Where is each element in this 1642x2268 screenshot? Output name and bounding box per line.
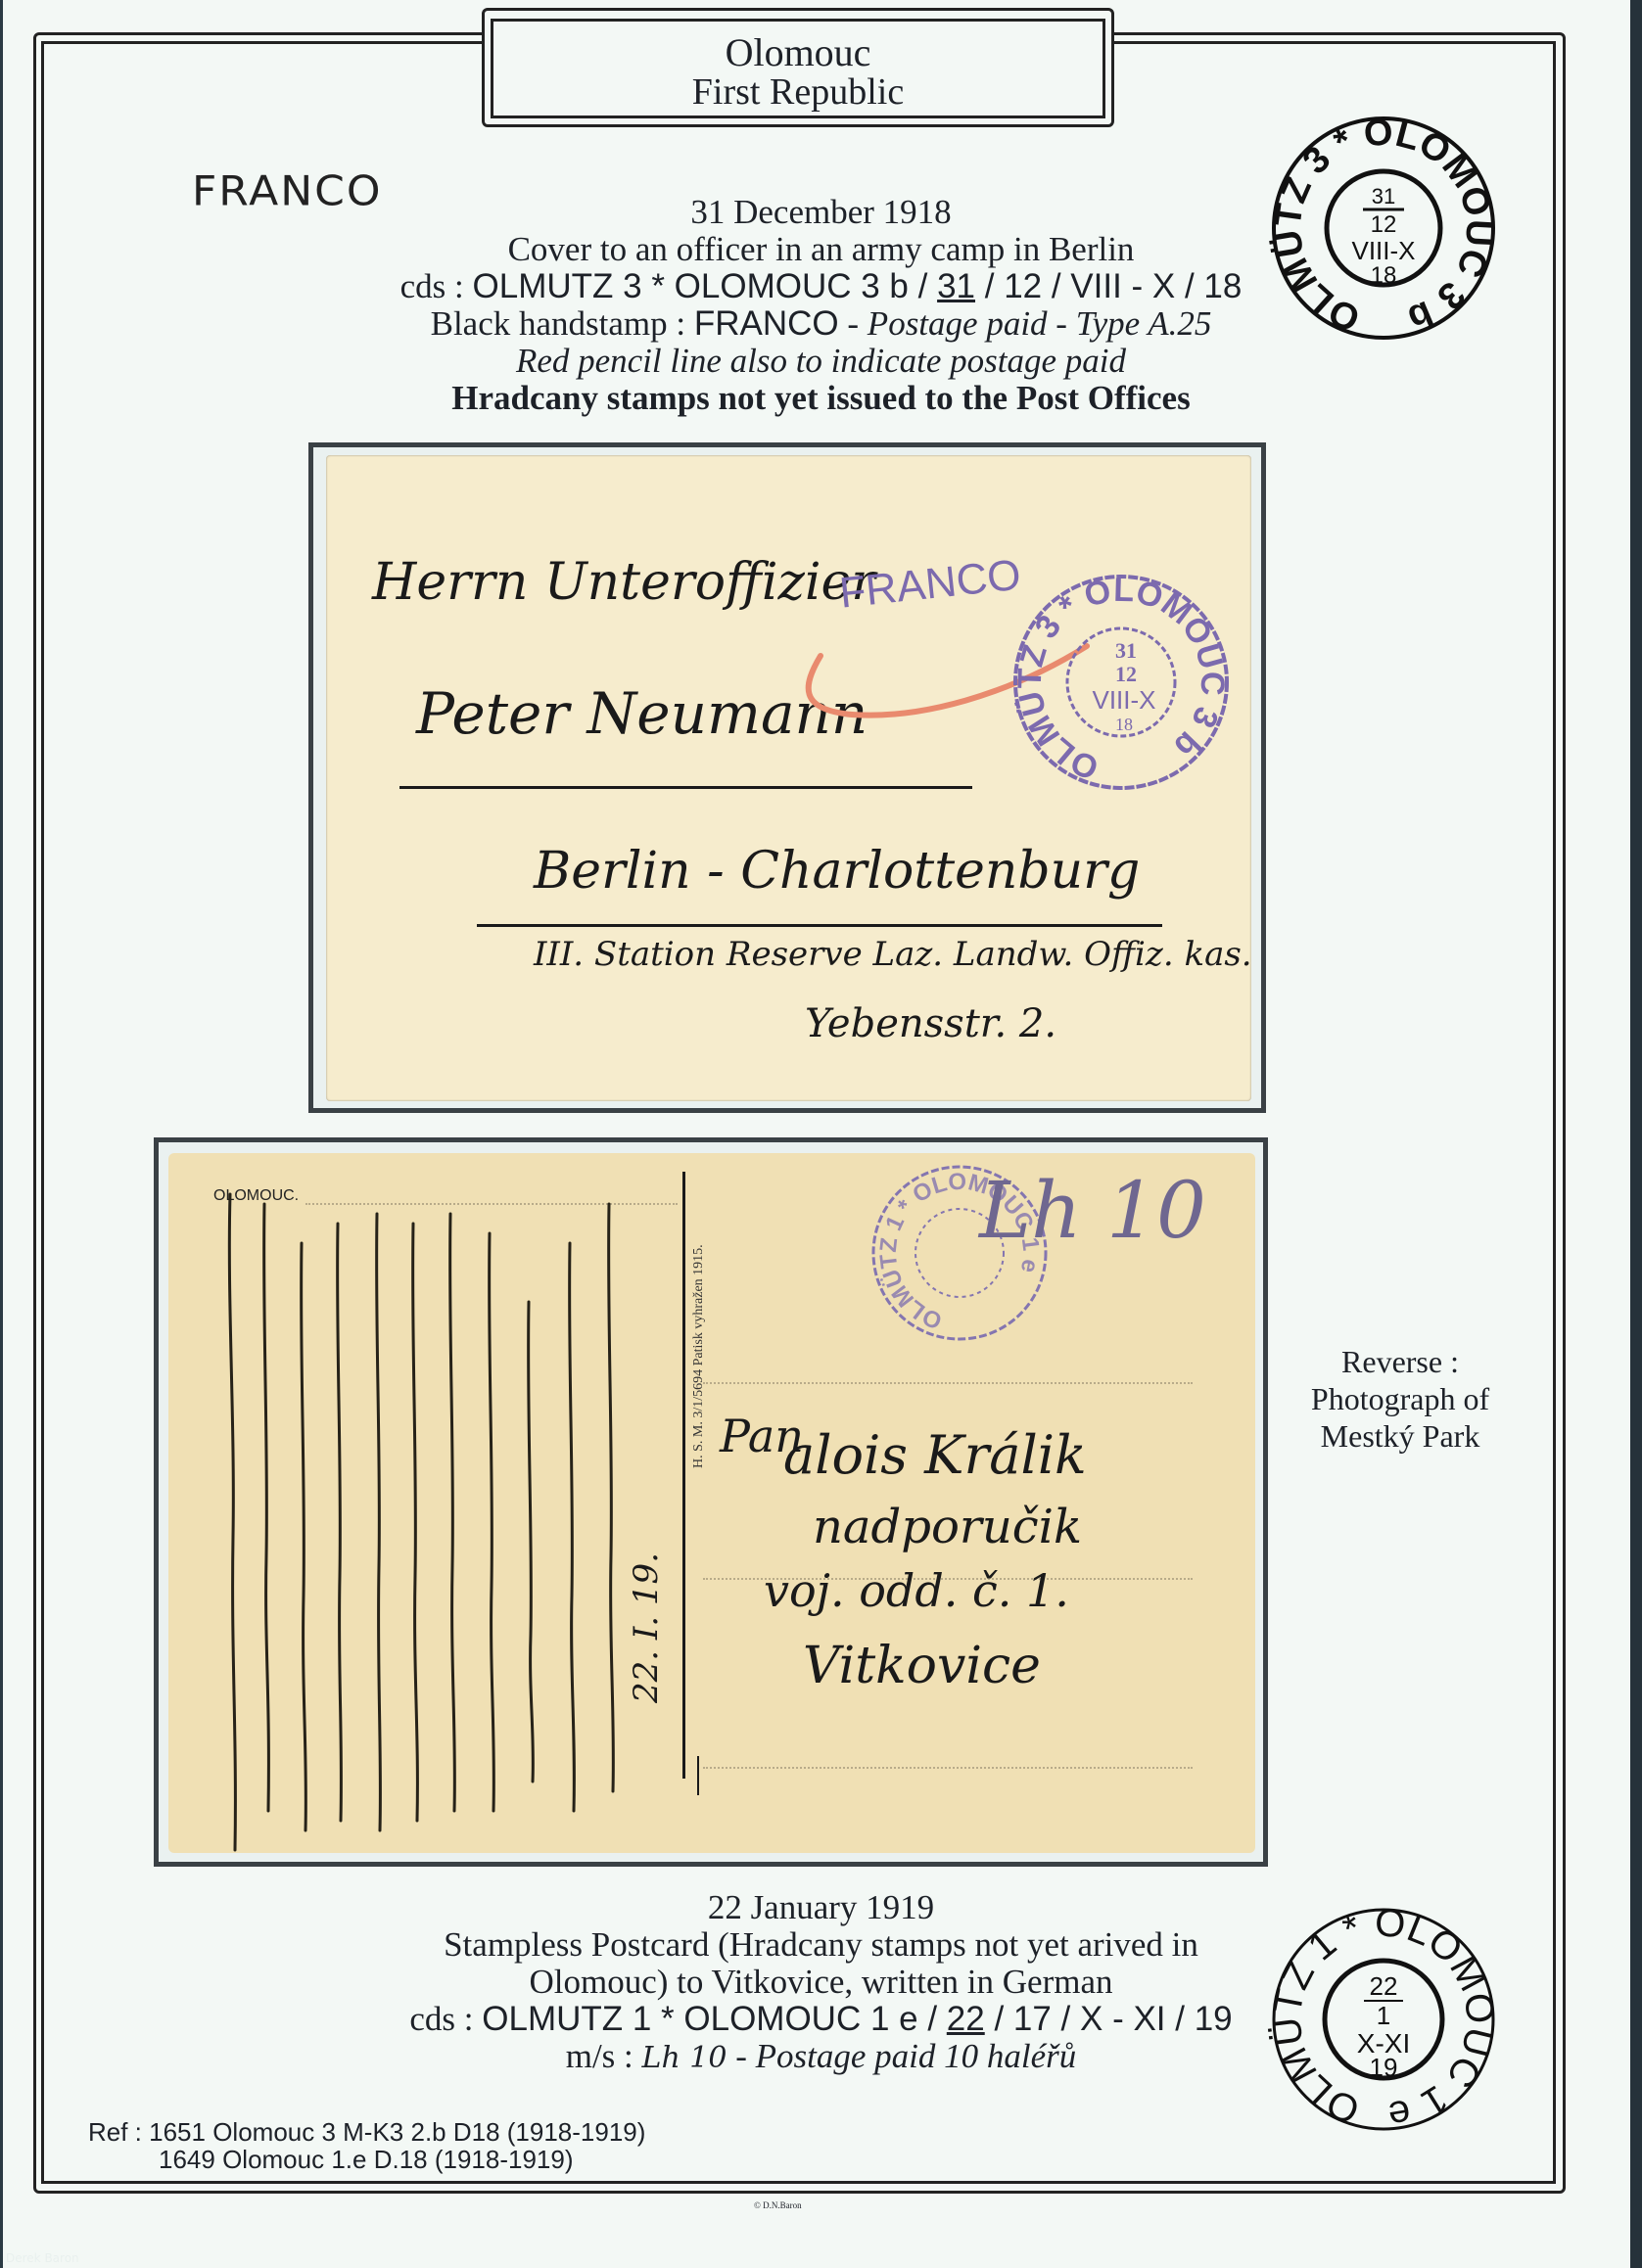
svg-text:22: 22: [1370, 1971, 1398, 2001]
postcard-address-rank: nadporučik: [813, 1500, 1082, 1554]
cover-city: Berlin - Charlottenburg: [534, 842, 1140, 901]
svg-text:18: 18: [1371, 262, 1397, 289]
postcard-dotline-3: [703, 1767, 1193, 1769]
cover-station: III. Station Reserve Laz. Landw. Offiz. …: [534, 935, 1252, 974]
page-title: Olomouc: [493, 33, 1102, 72]
item1-emphasis: Hradcany stamps not yet issued to the Po…: [0, 380, 1642, 417]
watermark: Derek Baron: [6, 2251, 79, 2265]
postcard-manuscript-rate: Lh 10: [979, 1165, 1206, 1256]
cancel-illustration-olmutz3: OLMÜTZ 3 * OLOMOUC 3 b 31 12 VIII-X 18: [1261, 111, 1506, 346]
postcard-address-city: Vitkovice: [803, 1637, 1041, 1695]
svg-text:31: 31: [1372, 184, 1395, 208]
svg-text:VIII-X: VIII-X: [1351, 236, 1415, 265]
svg-text:18: 18: [1115, 715, 1133, 734]
copyright: © D.N.Baron: [754, 2200, 802, 2210]
cover-underline-1: [399, 786, 972, 789]
cancel-illustration-olmutz1: OLMÜTZ 1 * OLOMOUC 1 e 22 1 X-XI 19: [1261, 1902, 1506, 2137]
reference-1: Ref : 1651 Olomouc 3 M-K3 2.b D18 (1918-…: [88, 2118, 645, 2146]
title-box: Olomouc First Republic: [482, 8, 1114, 127]
item1-pencil-note: Red pencil line also to indicate postage…: [0, 343, 1642, 380]
svg-text:12: 12: [1371, 211, 1397, 238]
page-subtitle: First Republic: [493, 72, 1102, 112]
postcard-handwritten-message: [186, 1184, 685, 1860]
cover-street: Yebensstr. 2.: [805, 1001, 1056, 1046]
postcard-date-written: 22. I. 19.: [627, 1552, 666, 1703]
references: Ref : 1651 Olomouc 3 M-K3 2.b D18 (1918-…: [88, 2118, 645, 2173]
svg-text:1: 1: [1377, 2001, 1390, 2030]
postcard-divider-tick: [697, 1756, 699, 1795]
svg-text:12: 12: [1115, 662, 1137, 686]
svg-text:19: 19: [1370, 2053, 1398, 2082]
reverse-note: Reverse : Photograph of Mestký Park: [1263, 1343, 1537, 1455]
postcard-address-unit: voj. odd. č. 1.: [764, 1564, 1069, 1617]
postcard-address-name: alois Králik: [783, 1424, 1087, 1486]
svg-text:VIII-X: VIII-X: [1092, 685, 1155, 715]
postcard-dotline-1: [703, 1382, 1193, 1384]
reference-2: 1649 Olomouc 1.e D.18 (1918-1919): [88, 2146, 645, 2173]
cover-addressee-title: Herrn Unteroffizier: [372, 553, 875, 612]
cover-postmark: OLMÜTZ 3 * OLOMOUC 3 b 31 12 VIII-X 18: [999, 560, 1243, 805]
svg-text:31: 31: [1115, 638, 1137, 663]
postcard-vertical-imprint: H. S. M. 3/1/5694 Patisk vyhražen 1915.: [691, 1244, 707, 1468]
cover-underline-2: [477, 924, 1162, 927]
